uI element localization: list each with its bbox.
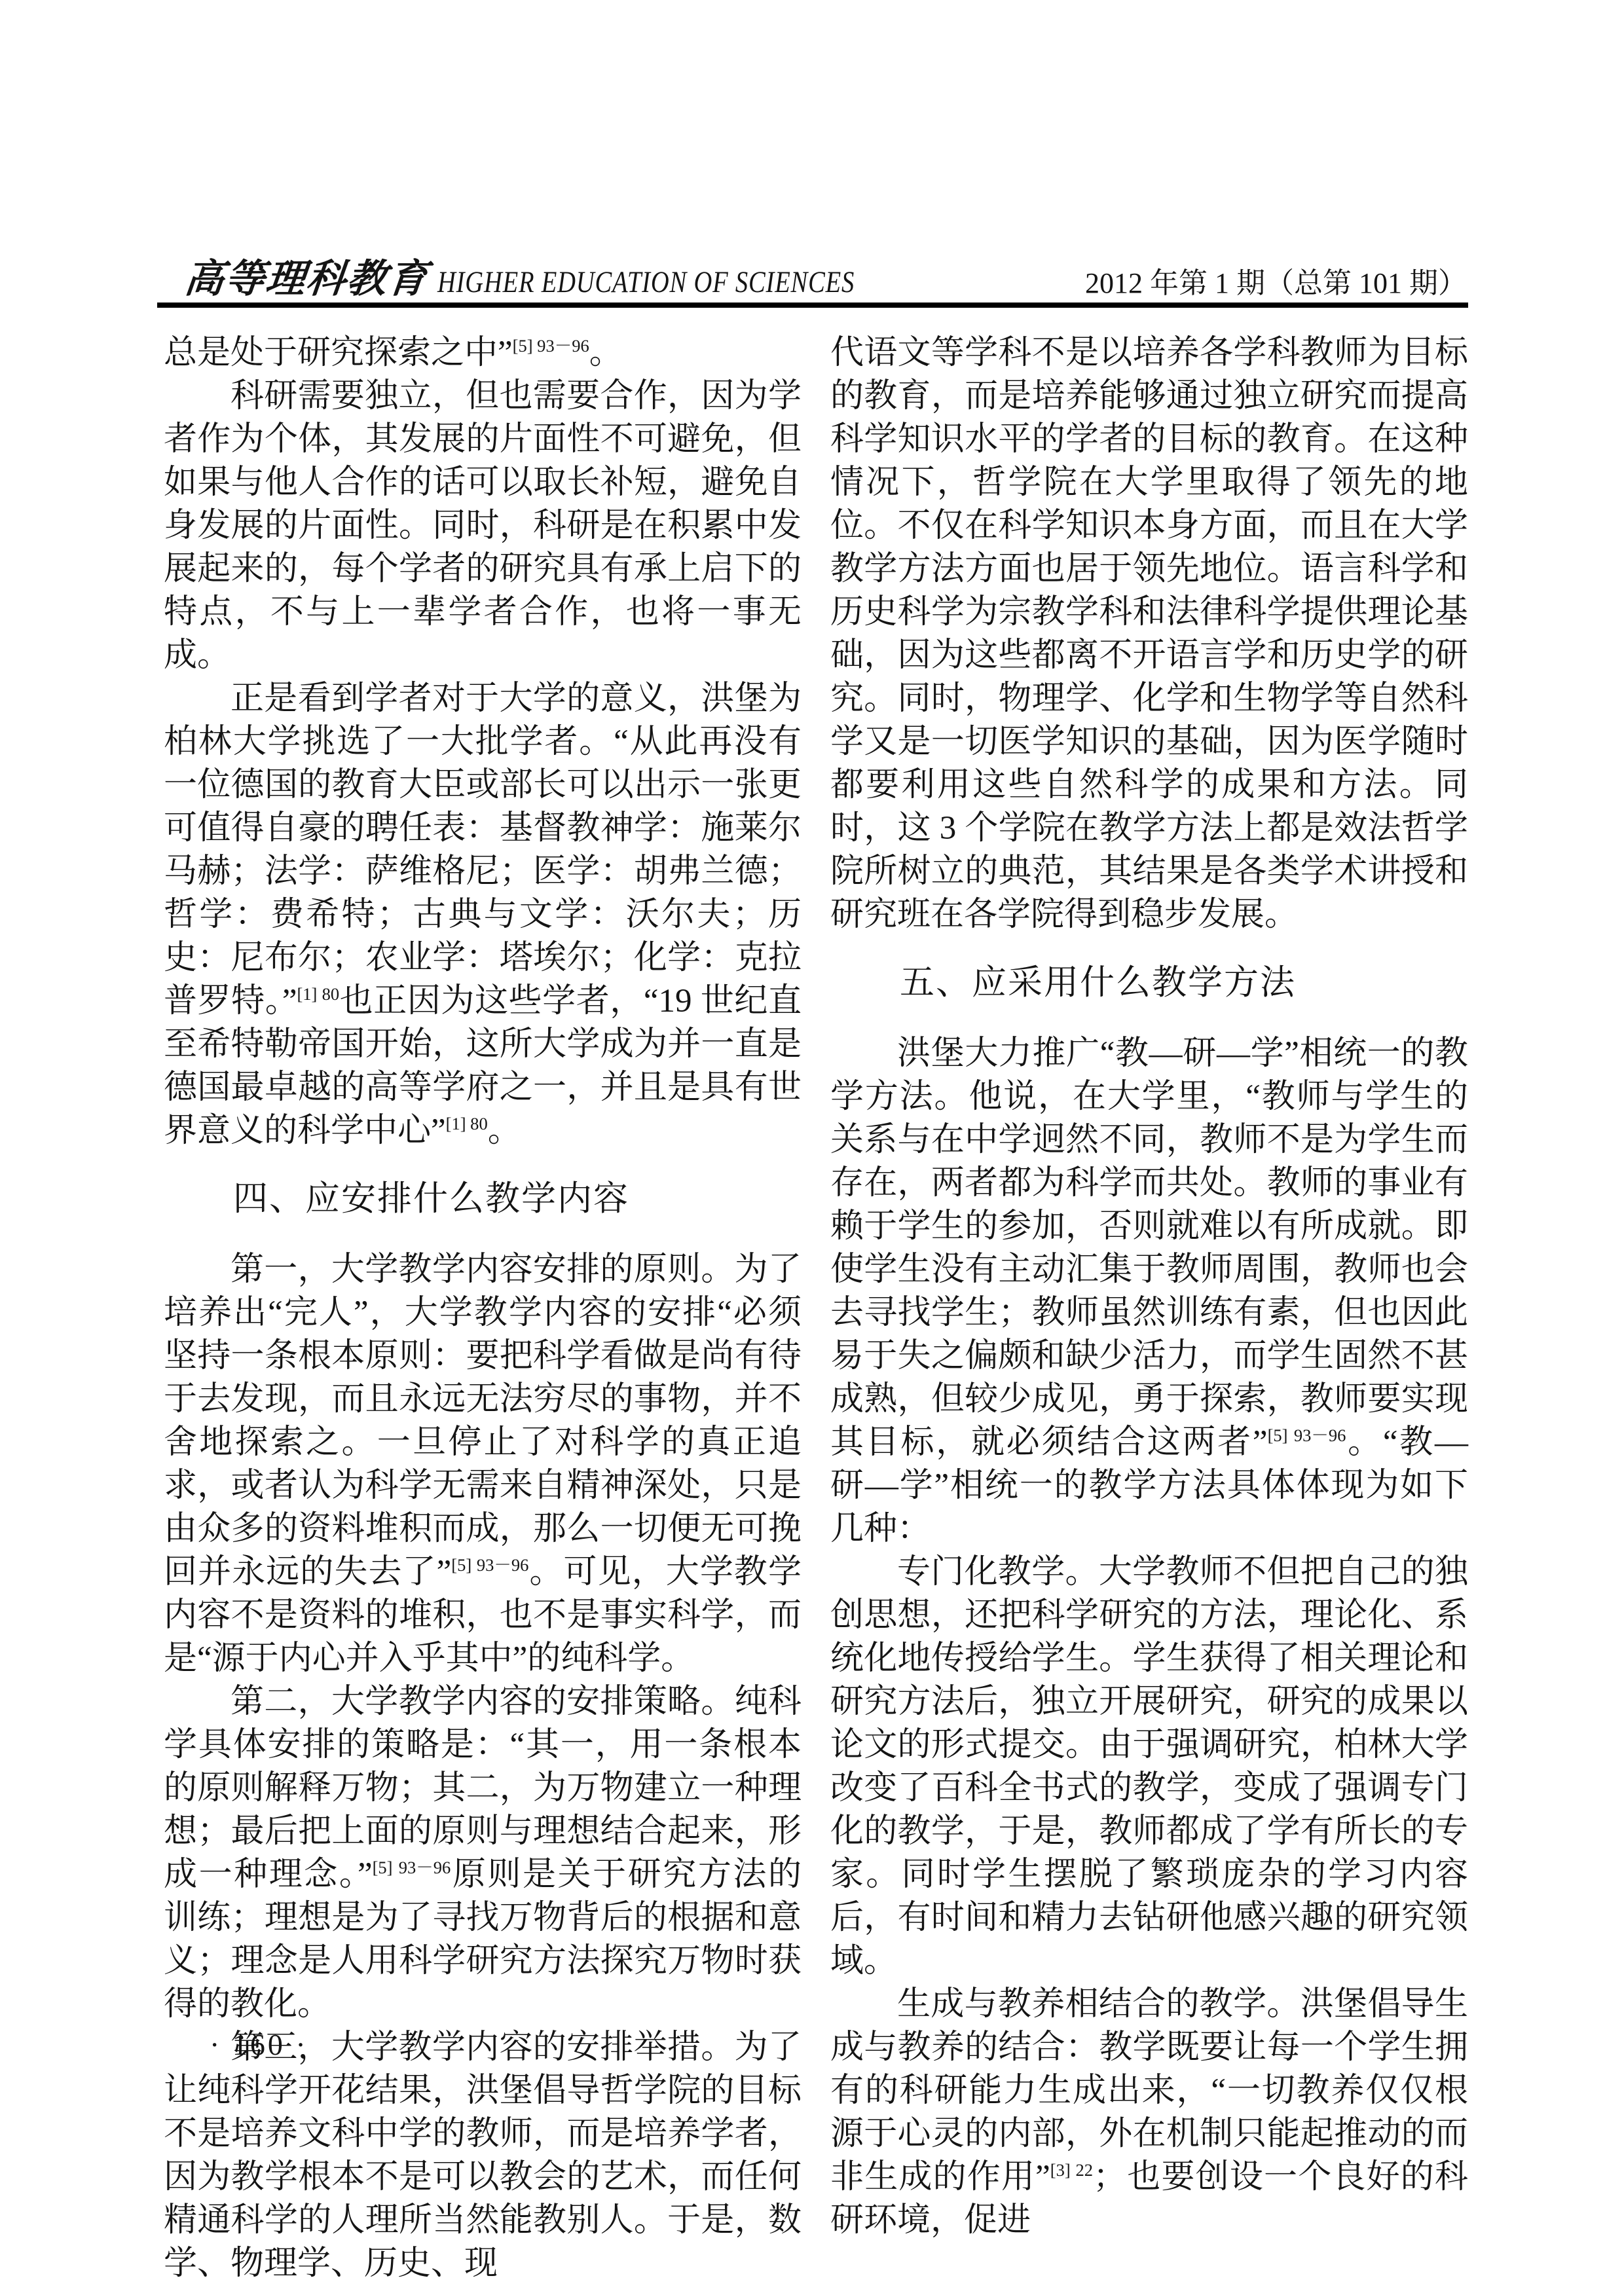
paragraph: 第二，大学教学内容的安排策略。纯科学具体安排的策略是：“其一，用一条根本的原则解…	[164, 1680, 802, 2026]
paragraph: 第一，大学教学内容安排的原则。为了培养出“完人”，大学教学内容的安排“必须坚持一…	[164, 1248, 802, 1680]
page: 高等理科教育 HIGHER EDUCATION OF SCIENCES 2012…	[0, 0, 1624, 2295]
header-rule	[157, 303, 1468, 308]
paragraph: 科研需要独立，但也需要合作，因为学者作为个体，其发展的片面性不可避免，但如果与他…	[164, 375, 802, 677]
section-heading: 四、应安排什么教学内容	[164, 1177, 802, 1221]
paragraph: 专门化教学。大学教师不但把自己的独创思想，还把科学研究的方法，理论化、系统化地传…	[830, 1551, 1468, 1983]
citation-superscript: [5] 93－96	[373, 1858, 451, 1877]
paragraph: 洪堡大力推广“教—研—学”相统一的教学方法。他说，在大学里，“教师与学生的关系与…	[830, 1032, 1468, 1551]
paragraph: 第三，大学教学内容的安排举措。为了让纯科学开花结果，洪堡倡导哲学院的目标不是培养…	[164, 2026, 802, 2285]
citation-superscript: [1] 80	[297, 984, 339, 1004]
column-left: 总是处于研究探索之中”[5] 93－96。科研需要独立，但也需要合作，因为学者作…	[164, 331, 802, 2285]
citation-superscript: [3] 22	[1050, 2160, 1093, 2180]
paragraph: 总是处于研究探索之中”[5] 93－96。	[164, 331, 802, 375]
citation-superscript: [5] 93－96	[451, 1555, 528, 1575]
issue-info: 2012 年第 1 期（总第 101 期）	[1085, 259, 1467, 301]
page-number: · 160 ·	[210, 2027, 308, 2062]
journal-logo-cn: 高等理科教育	[182, 248, 432, 304]
section-heading: 五、应采用什么教学方法	[830, 961, 1468, 1004]
citation-superscript: [5] 93－96	[513, 336, 589, 356]
citation-superscript: [1] 80	[446, 1114, 488, 1133]
article-body: 总是处于研究探索之中”[5] 93－96。科研需要独立，但也需要合作，因为学者作…	[164, 331, 1468, 2285]
paragraph: 代语文等学科不是以培养各学科教师为目标的教育，而是培养能够通过独立研究而提高科学…	[830, 331, 1468, 936]
journal-logo-en: HIGHER EDUCATION OF SCIENCES	[437, 265, 855, 300]
paragraph: 生成与教养相结合的教学。洪堡倡导生成与教养的结合：教学既要让每一个学生拥有的科研…	[830, 1983, 1468, 2242]
column-right: 代语文等学科不是以培养各学科教师为目标的教育，而是培养能够通过独立研究而提高科学…	[830, 331, 1468, 2285]
citation-superscript: [5] 93－96	[1268, 1425, 1346, 1445]
journal-masthead: 高等理科教育 HIGHER EDUCATION OF SCIENCES	[182, 248, 946, 304]
paragraph: 正是看到学者对于大学的意义，洪堡为柏林大学挑选了一大批学者。“从此再没有一位德国…	[164, 677, 802, 1152]
